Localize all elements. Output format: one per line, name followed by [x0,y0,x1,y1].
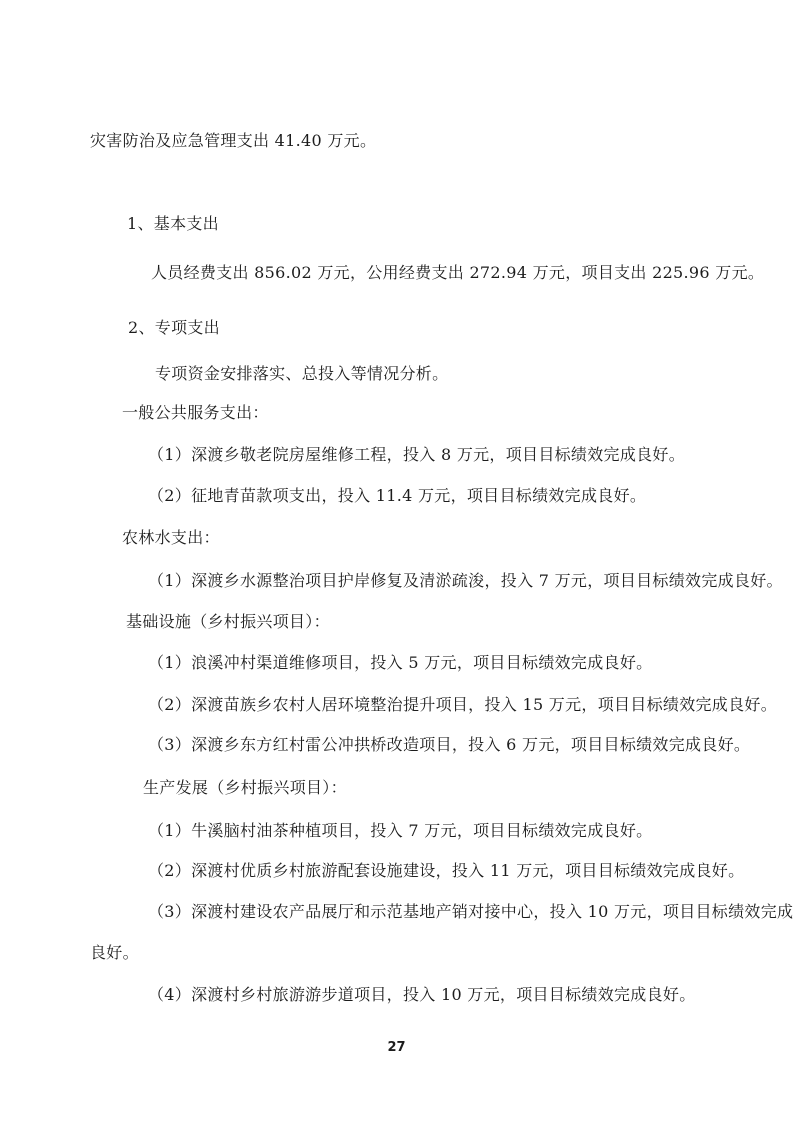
document-page: 灾害防治及应急管理支出 41.40 万元。 1、基本支出 人员经费支出 856.… [0,0,793,1122]
list-item-land-seedling-compensation: （2）征地青苗款项支出，投入 11.4 万元，项目目标绩效完成良好。 [148,487,646,504]
list-item-rural-tourism-facilities: （2）深渡村优质乡村旅游配套设施建设，投入 11 万元，项目目标绩效完成良好。 [148,862,744,879]
paragraph-personnel-public-project-expense: 人员经费支出 856.02 万元，公用经费支出 272.94 万元，项目支出 2… [151,264,764,281]
paragraph-special-funds-analysis: 专项资金安排落实、总投入等情况分析。 [155,365,448,382]
paragraph-disaster-prevention-expense: 灾害防治及应急管理支出 41.40 万元。 [90,132,376,149]
subheading-general-public-services: 一般公共服务支出： [122,404,269,421]
list-item-living-environment-improvement: （2）深渡苗族乡农村人居环境整治提升项目，投入 15 万元，项目目标绩效完成良好… [148,696,777,713]
heading-basic-expenditure: 1、基本支出 [127,215,219,232]
list-item-exhibition-hall-wrap-line: 良好。 [90,944,139,961]
subheading-infrastructure-rural-revitalization: 基础设施（乡村振兴项目）： [126,613,330,630]
list-item-arch-bridge-renovation: （3）深渡乡东方红村雷公冲拱桥改造项目，投入 6 万元，项目目标绩效完成良好。 [148,736,750,753]
list-item-exhibition-hall-first-line: （3）深渡村建设农产品展厅和示范基地产销对接中心，投入 10 万元，项目目标绩效… [148,903,793,920]
subheading-agriculture-forestry-water: 农林水支出： [122,529,220,546]
page-number: 27 [0,1040,793,1055]
list-item-tourism-footpath: （4）深渡村乡村旅游游步道项目，投入 10 万元，项目目标绩效完成良好。 [148,986,696,1003]
list-item-canal-repair: （1）浪溪冲村渠道维修项目，投入 5 万元，项目目标绩效完成良好。 [148,654,652,671]
list-item-water-source-regulation: （1）深渡乡水源整治项目护岸修复及清淤疏浚，投入 7 万元，项目目标绩效完成良好… [148,572,783,589]
list-item-camellia-planting: （1）牛溪脑村油茶种植项目，投入 7 万元，项目目标绩效完成良好。 [148,822,652,839]
subheading-production-development-rural-revitalization: 生产发展（乡村振兴项目）： [143,779,347,796]
list-item-nursing-home-repair: （1）深渡乡敬老院房屋维修工程，投入 8 万元，项目目标绩效完成良好。 [148,446,685,463]
heading-special-expenditure: 2、专项支出 [128,319,220,336]
